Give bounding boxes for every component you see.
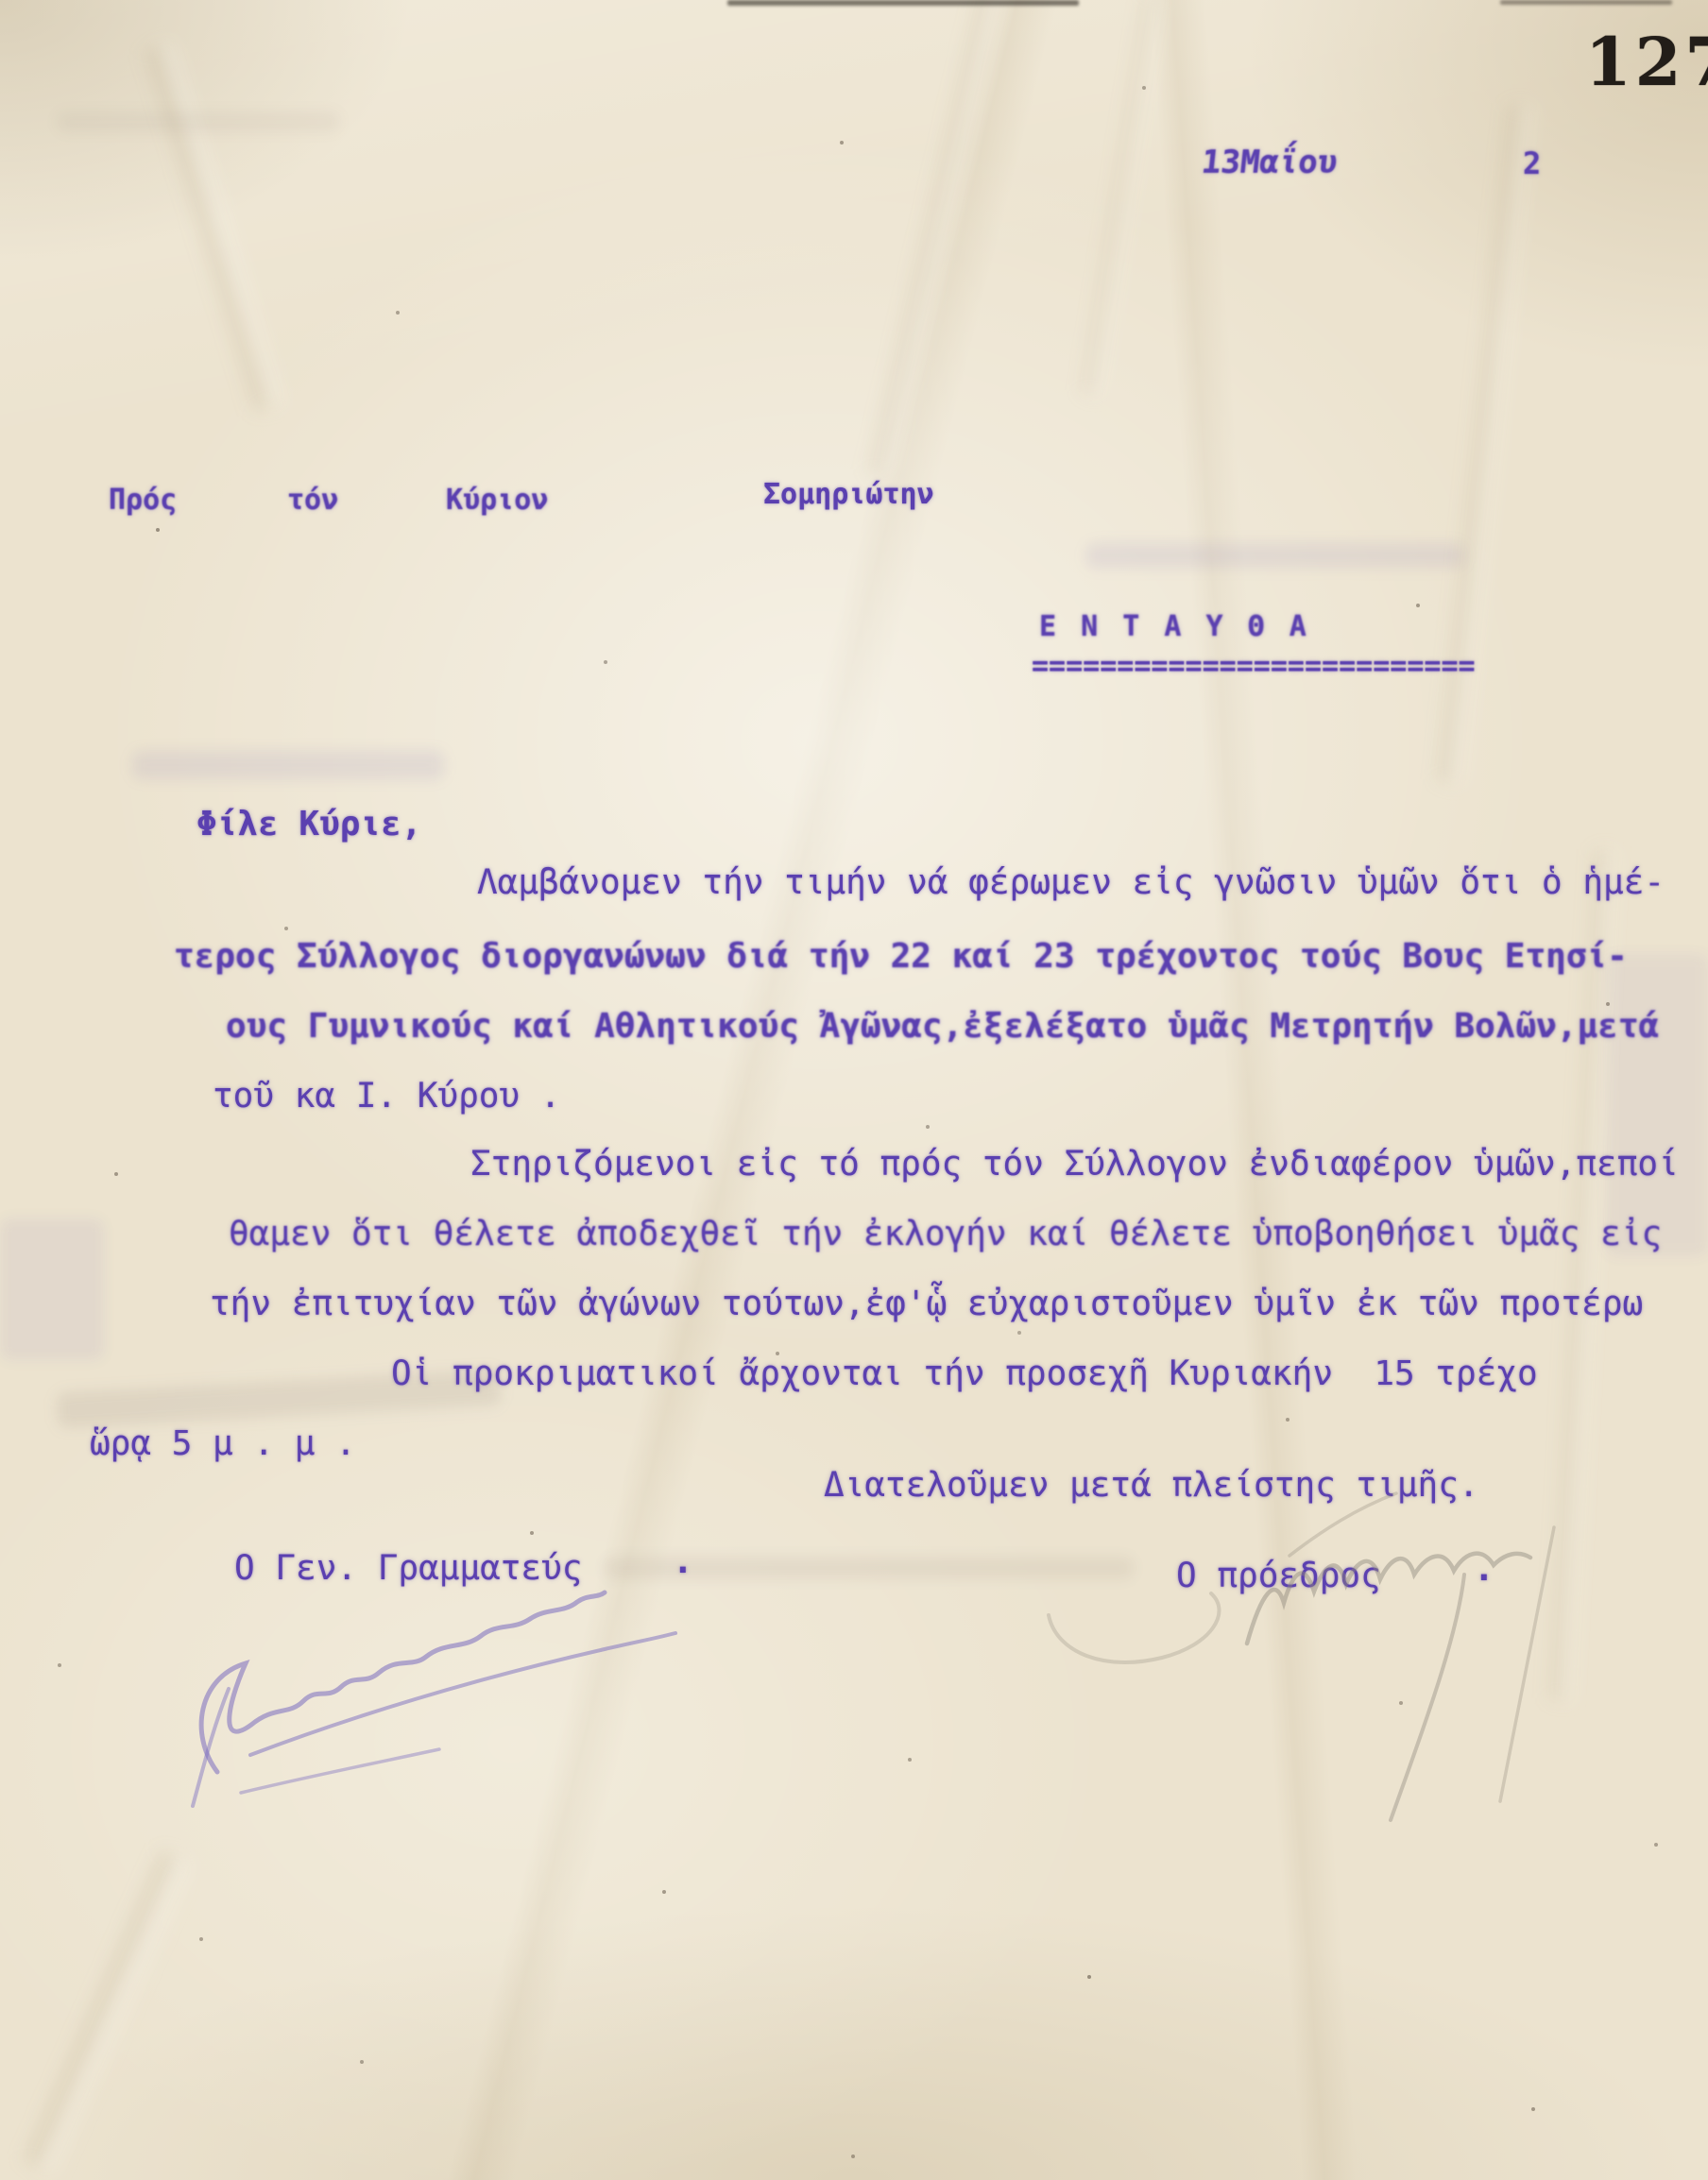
recipient-kyrion: Κύριον: [446, 484, 548, 517]
president-title: Ο πρόεδρος: [1176, 1557, 1381, 1595]
body-line: τήν ἐπιτυχίαν τῶν ἀγώνων τούτων,ἐφ'ᾧ εὐχ…: [210, 1285, 1643, 1323]
body-line: ὥρᾳ 5 μ . μ .: [90, 1424, 356, 1463]
secretary-title-dot: ·: [673, 1551, 693, 1590]
body-line: τερος Σύλλογος διοργανώνων διά τήν 22 κα…: [174, 937, 1628, 976]
body-line: τοῦ κα Ι. Κύρου .: [213, 1077, 560, 1116]
recipient-surname: Σομηριώτην: [763, 478, 934, 511]
date-number: 2: [1523, 145, 1541, 181]
secretary-title: Ο Γεν. Γραμματεύς: [234, 1549, 582, 1588]
scan-edge-mark: [727, 0, 1079, 6]
paper-speckles: [0, 0, 2, 2]
recipient-pros: Πρός: [109, 484, 177, 517]
body-line: Οἱ προκριματικοί ἄρχονται τήν προσεχῆ Κυ…: [391, 1354, 1538, 1393]
body-line: Λαμβάνομεν τήν τιμήν νά φέρωμεν εἰς γνῶσ…: [477, 863, 1665, 902]
archive-page-number-stamp: 127: [1585, 23, 1708, 101]
scan-edge-mark: [1500, 0, 1672, 5]
recipient-ton: τόν: [287, 484, 338, 517]
body-line: Στηριζόμενοι εἰς τό πρός τόν Σύλλογον ἐν…: [470, 1145, 1679, 1184]
body-line: θαμεν ὅτι θέλετε ἀποδεχθεῖ τήν ἐκλογήν κ…: [229, 1215, 1662, 1253]
place-heading: Ε Ν Τ Α Υ Θ Α: [1039, 610, 1310, 643]
scanned-letter-page: 127 13Μαΐου 2 Πρός τόν Κύριον Σομηριώτην…: [0, 0, 1708, 2180]
salutation: Φίλε Κύριε,: [196, 805, 421, 843]
body-line: ους Γυμνικούς καί Αθλητικούς Ἀγῶνας,ἐξελ…: [226, 1007, 1659, 1046]
place-heading-underline: ==========================: [1032, 650, 1476, 683]
date-stamp: 13Μαΐου: [1200, 144, 1340, 181]
president-title-dot: ·: [1474, 1558, 1494, 1597]
valediction: Διατελοῦμεν μετά πλείστης τιμῆς.: [824, 1466, 1479, 1505]
